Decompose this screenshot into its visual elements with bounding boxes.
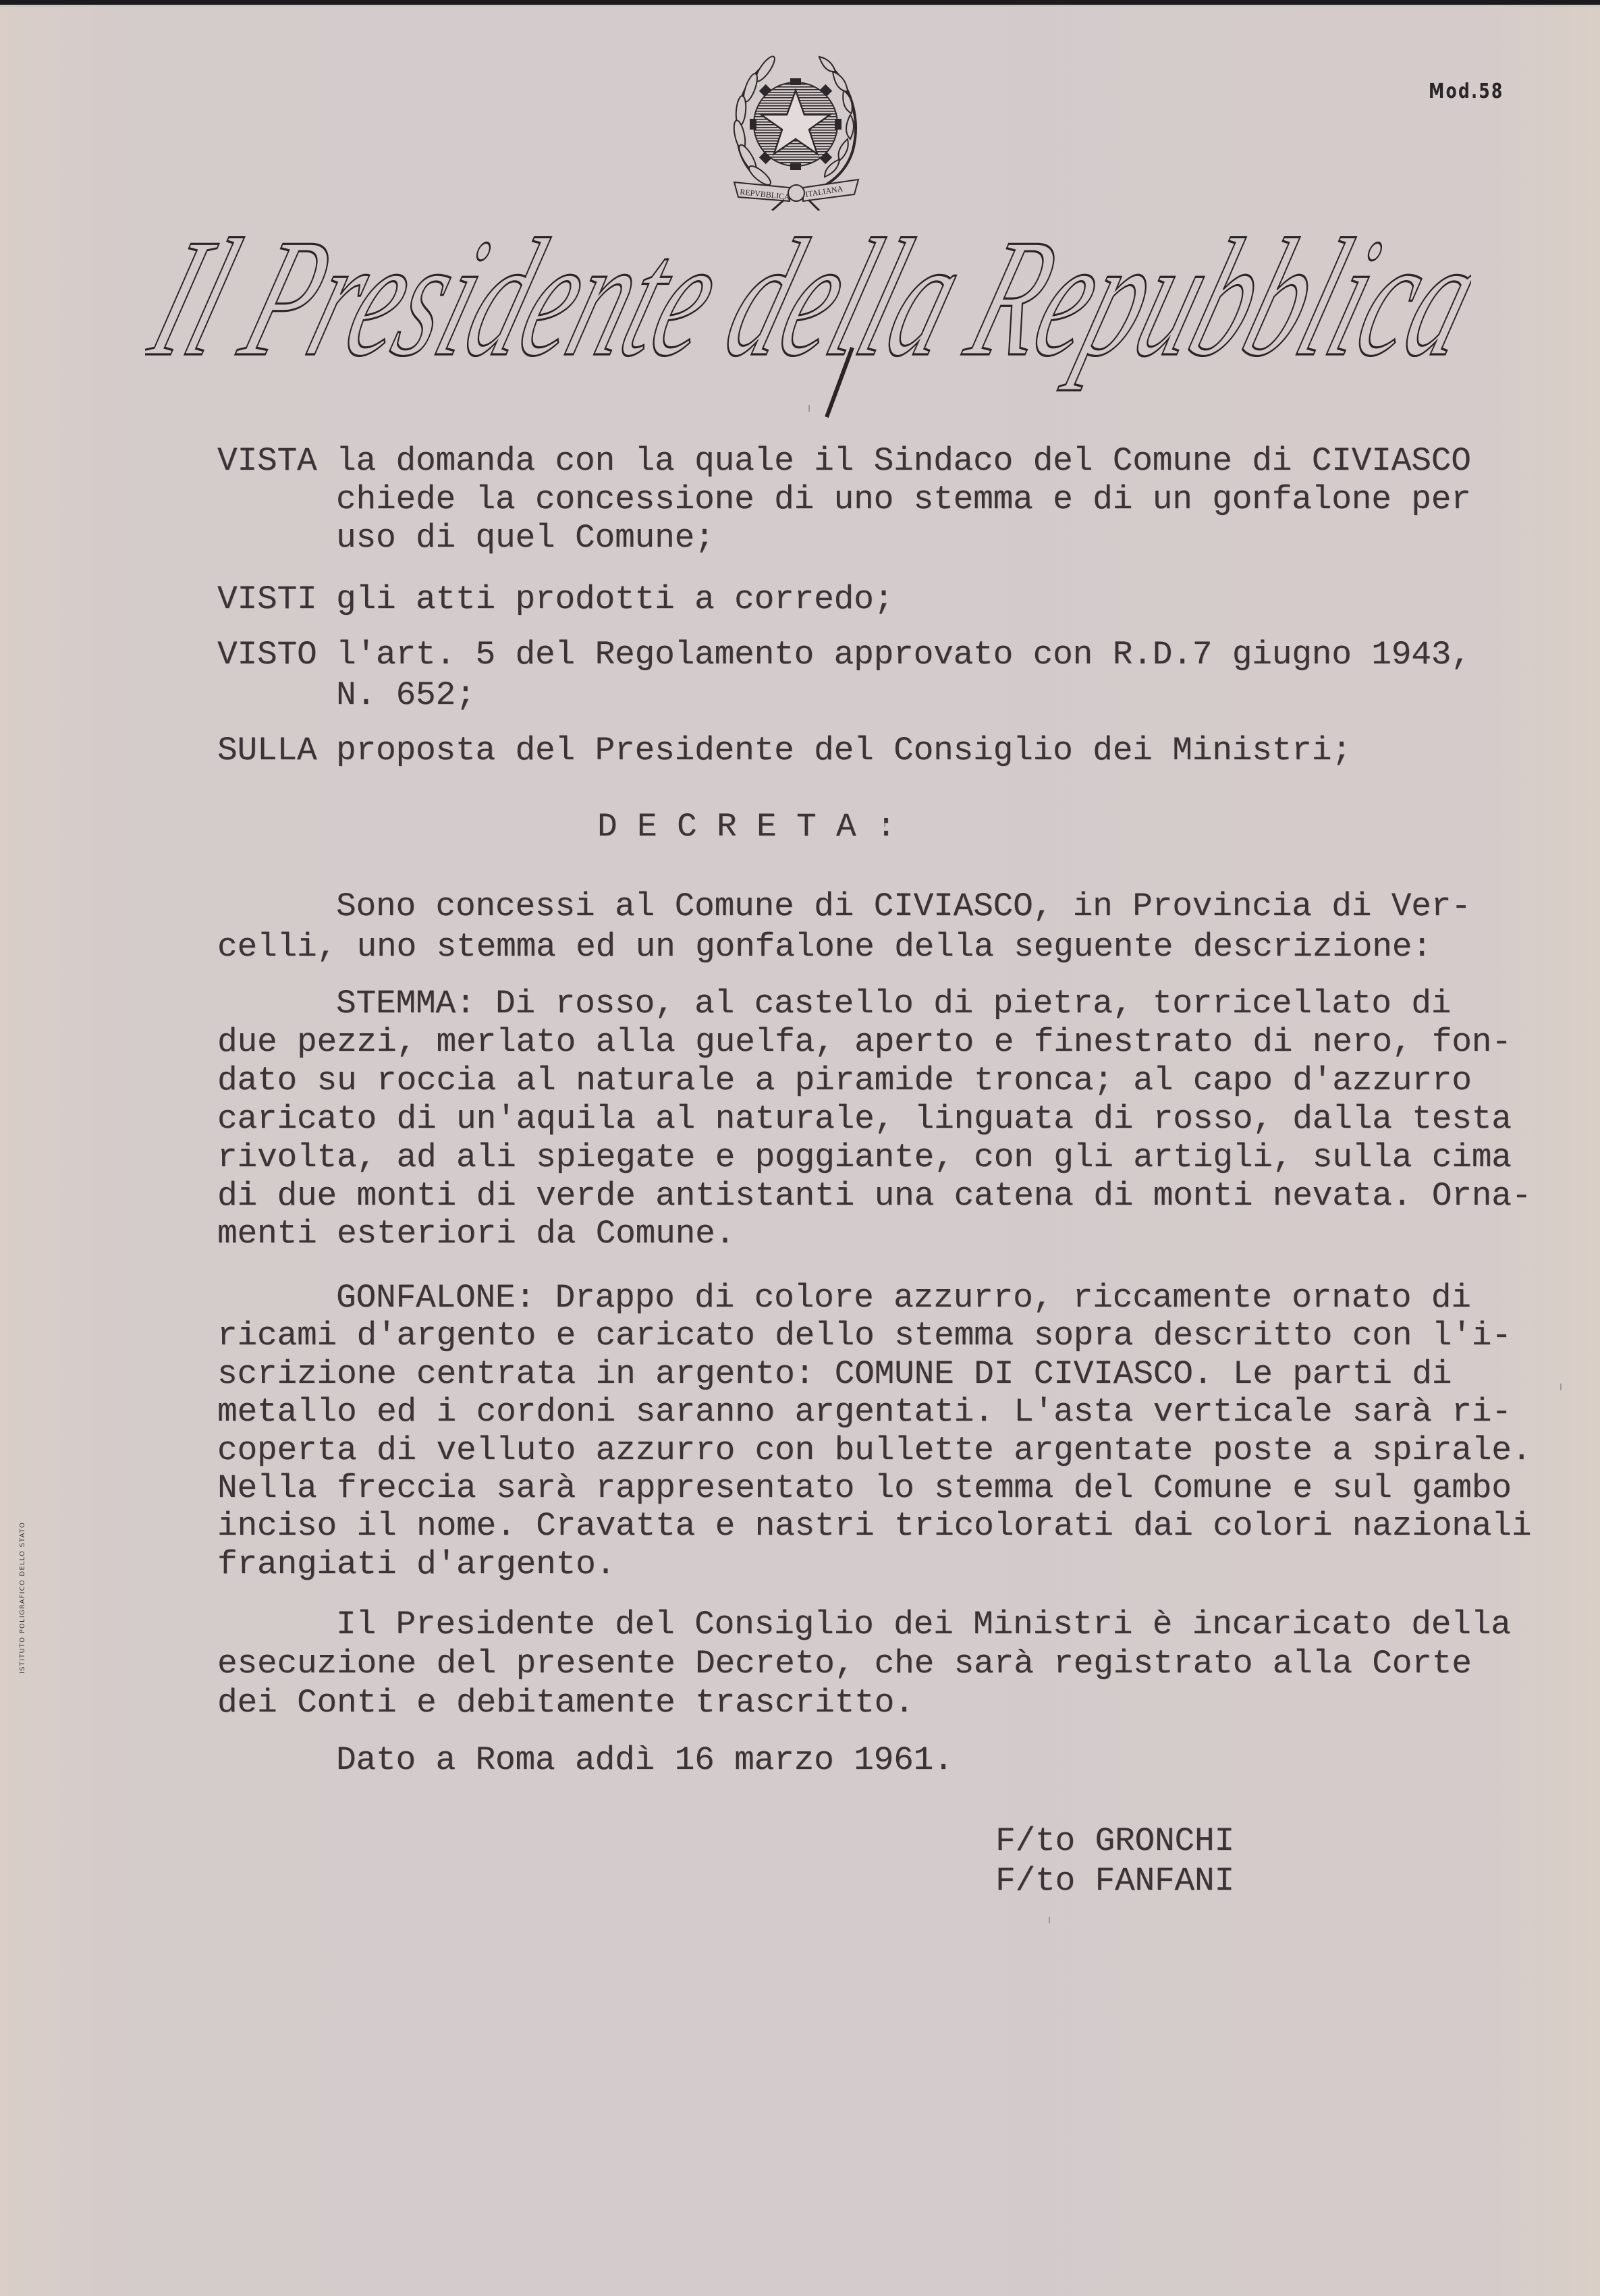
preamble-keyword-vista: VISTA	[217, 442, 317, 481]
body-line: menti esteriori da Comune.	[217, 1215, 735, 1253]
paper-speck	[884, 820, 885, 827]
preamble-line: l'art. 5 del Regolamento approvato con R…	[336, 636, 1471, 674]
body-line: ricami d'argento e caricato dello stemma…	[217, 1317, 1512, 1355]
letterhead-title: Il Presidente della Repubblica	[145, 202, 1471, 425]
scan-top-edge-highlight	[0, 5, 1600, 7]
body-line: scrizione centrata in argento: COMUNE DI…	[217, 1355, 1452, 1394]
form-code-prefix: Mod.	[1429, 80, 1479, 103]
body-line: frangiati d'argento.	[217, 1546, 615, 1584]
body-line: due pezzi, merlato alla guelfa, aperto e…	[217, 1023, 1512, 1062]
gonfalone-label: GONFALONE:	[336, 1279, 535, 1317]
body-line: celli, uno stemma ed un gonfalone della …	[217, 928, 1432, 966]
form-code: Mod.58	[1429, 80, 1504, 103]
body-line: Il Presidente del Consiglio dei Ministri…	[336, 1606, 1511, 1644]
preamble-line: proposta del Presidente del Consiglio de…	[336, 732, 1352, 770]
form-code-number: 58	[1479, 80, 1504, 103]
scan-top-edge	[0, 0, 1600, 5]
preamble-keyword-visto: VISTO	[217, 636, 317, 674]
letterhead-title-text: Il Presidente della Repubblica	[145, 204, 1471, 391]
paper-speck	[1560, 1384, 1562, 1390]
body-line: esecuzione del presente Decreto, che sar…	[217, 1645, 1472, 1683]
body-line: caricato di un'aquila al naturale, lingu…	[217, 1100, 1512, 1139]
body-line: Sono concessi al Comune di CIVIASCO, in …	[336, 887, 1471, 926]
preamble-keyword-sulla: SULLA	[217, 732, 317, 770]
preamble-line: N. 652;	[336, 676, 476, 715]
preamble-keyword-visti: VISTI	[217, 580, 317, 619]
preamble-line: gli atti prodotti a corredo;	[336, 580, 893, 619]
decreta-heading: D E C R E T A :	[597, 808, 896, 846]
body-line: inciso il nome. Cravatta e nastri tricol…	[217, 1507, 1531, 1546]
paper-speck	[1049, 1917, 1050, 1923]
signature-gronchi: F/to GRONCHI	[995, 1822, 1234, 1861]
body-line: coperta di velluto azzurro con bullette …	[217, 1431, 1531, 1470]
gonfalone-first-line: GONFALONE: Drappo di colore azzurro, ric…	[336, 1279, 1471, 1317]
printer-imprint: ISTITUTO POLIGRAFICO DELLO STATO	[19, 1522, 26, 1674]
preamble-line: uso di quel Comune;	[336, 519, 715, 557]
stemma-first-line: STEMMA: Di rosso, al castello di pietra,…	[336, 985, 1451, 1023]
preamble-line: chiede la concessione di uno stemma e di…	[336, 481, 1471, 519]
date-line: Dato a Roma addì 16 marzo 1961.	[336, 1741, 954, 1780]
body-line: di due monti di verde antistanti una cat…	[217, 1177, 1531, 1215]
body-line: metallo ed i cordoni saranno argentati. …	[217, 1393, 1512, 1431]
paper-speck	[808, 405, 810, 412]
stemma-label: STEMMA:	[336, 985, 476, 1022]
body-line: Nella freccia sarà rappresentato lo stem…	[217, 1469, 1512, 1508]
body-line: rivolta, ad ali spiegate e poggiante, co…	[217, 1139, 1512, 1177]
italian-republic-emblem-icon: REPVBBLICA ITALIANA	[725, 49, 868, 211]
body-line: dei Conti e debitamente trascritto.	[217, 1684, 914, 1722]
preamble-line: la domanda con la quale il Sindaco del C…	[336, 442, 1471, 481]
signature-fanfani: F/to FANFANI	[995, 1862, 1234, 1901]
body-line: dato su roccia al naturale a piramide tr…	[217, 1062, 1472, 1100]
